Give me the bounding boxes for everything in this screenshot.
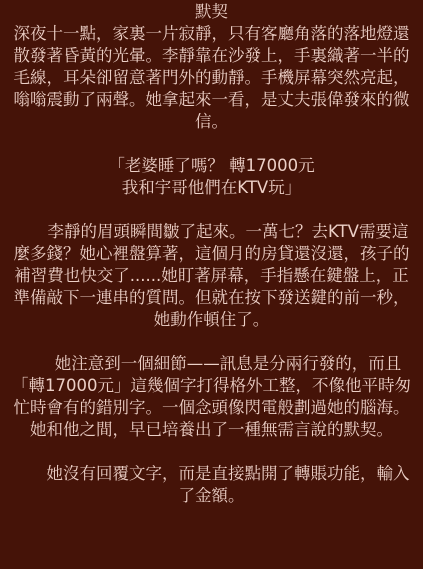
paragraph-action: 她沒有回覆文字，而是直接點開了轉賬功能，輸入了金額。 bbox=[8, 463, 415, 507]
message-line-1: 「老婆睡了嗎？ 轉17000元 bbox=[8, 155, 415, 177]
story-page: 默契 深夜十一點，家裏一片寂靜，只有客廳角落的落地燈還散發著昏黃的光暈。李靜靠在… bbox=[0, 0, 423, 507]
paragraph-opening: 深夜十一點，家裏一片寂靜，只有客廳角落的落地燈還散發著昏黃的光暈。李靜靠在沙發上… bbox=[8, 23, 415, 133]
message-line-2: 我和宇哥他們在KTV玩」 bbox=[8, 177, 415, 199]
wechat-message-quote: 「老婆睡了嗎？ 轉17000元 我和宇哥他們在KTV玩」 bbox=[8, 155, 415, 199]
paragraph-realization: 她注意到一個細節——訊息是分兩行發的，而且「轉17000元」這幾個字打得格外工整… bbox=[8, 353, 415, 441]
paragraph-reaction: 李靜的眉頭瞬間皺了起來。一萬七？去KTV需要這麼多錢？她心裡盤算著，這個月的房貸… bbox=[8, 221, 415, 331]
story-title: 默契 bbox=[8, 0, 415, 23]
